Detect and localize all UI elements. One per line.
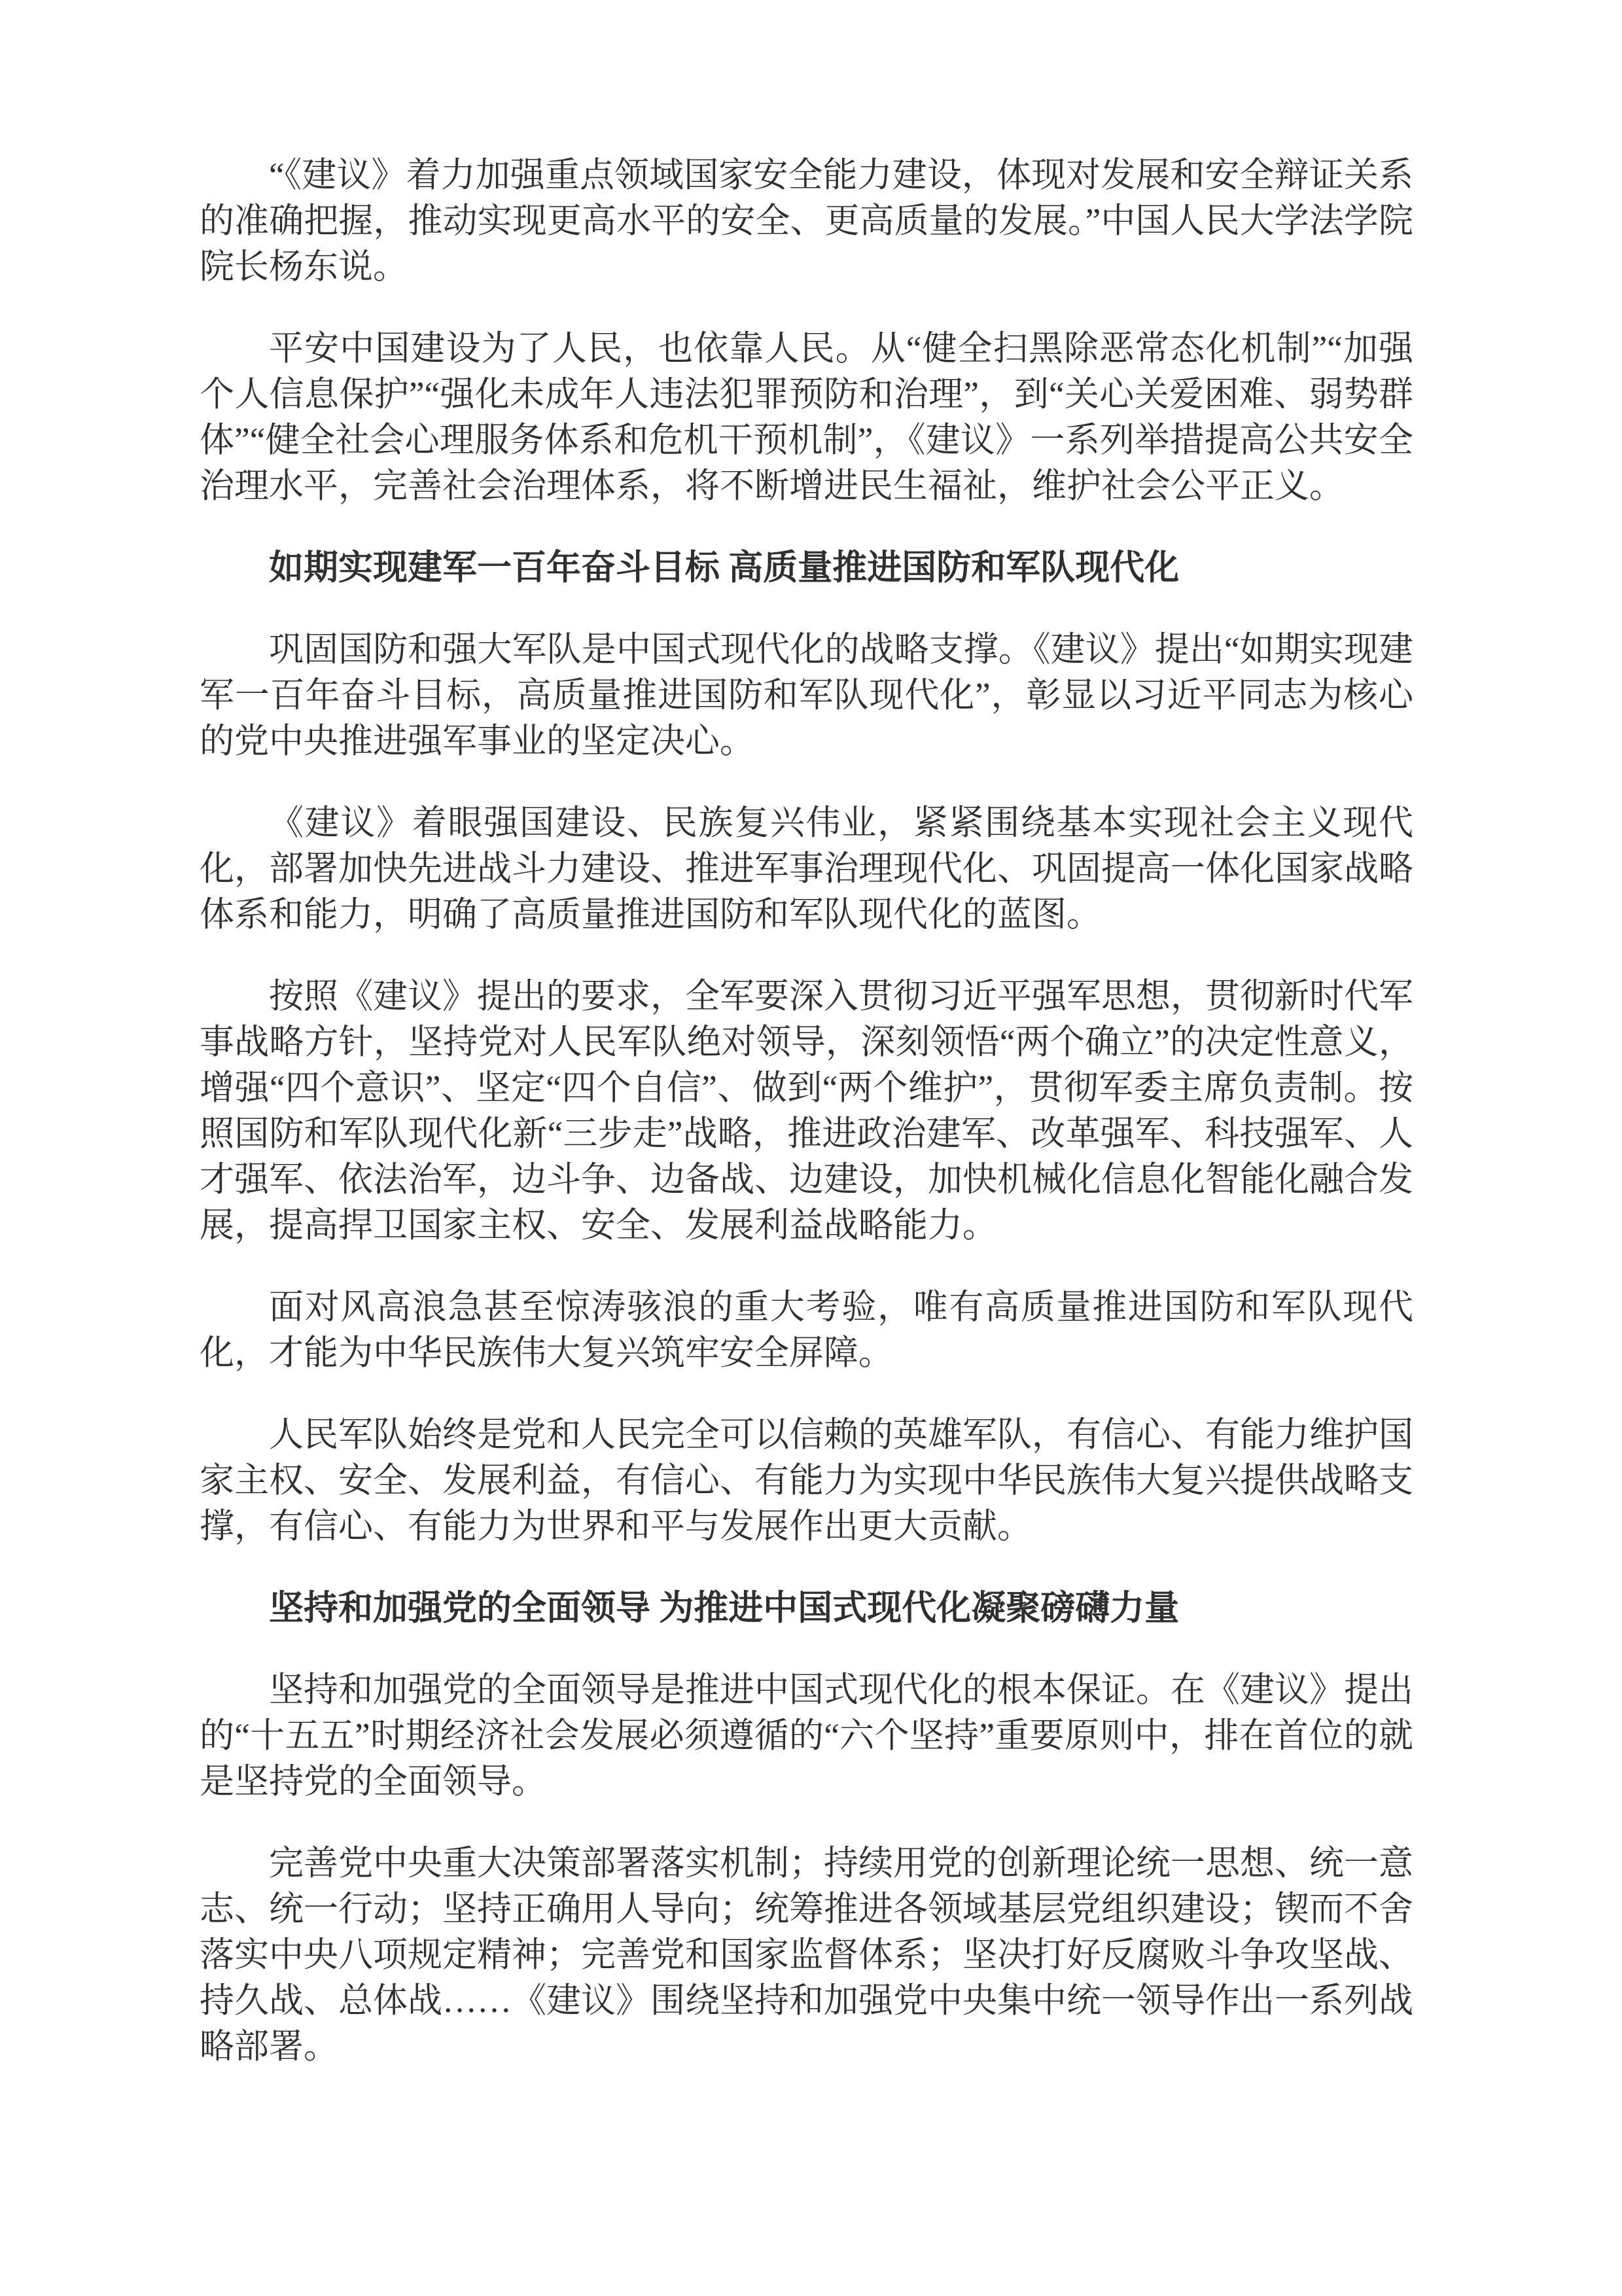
paragraph: 人民军队始终是党和人民完全可以信赖的英雄军队，有信心、有能力维护国家主权、安全、…	[200, 1412, 1413, 1549]
paragraph: 《建议》着眼强国建设、民族复兴伟业，紧紧围绕基本实现社会主义现代化，部署加快先进…	[200, 800, 1413, 938]
document-content: “《建议》着力加强重点领域国家安全能力建设，体现对发展和安全辩证关系的准确把握，…	[200, 152, 1413, 2070]
paragraph: 坚持和加强党的全面领导是推进中国式现代化的根本保证。在《建议》提出的“十五五”时…	[200, 1667, 1413, 1805]
paragraph: 完善党中央重大决策部署落实机制；持续用党的创新理论统一思想、统一意志、统一行动；…	[200, 1841, 1413, 2070]
paragraph: 面对风高浪急甚至惊涛骇浪的重大考验，唯有高质量推进国防和军队现代化，才能为中华民…	[200, 1284, 1413, 1376]
paragraph: 巩固国防和强大军队是中国式现代化的战略支撑。《建议》提出“如期实现建军一百年奋斗…	[200, 627, 1413, 764]
paragraph: 按照《建议》提出的要求，全军要深入贯彻习近平强军思想，贯彻新时代军事战略方针，坚…	[200, 974, 1413, 1248]
document-page: “《建议》着力加强重点领域国家安全能力建设，体现对发展和安全辩证关系的准确把握，…	[0, 0, 1622, 2296]
section-heading: 坚持和加强党的全面领导 为推进中国式现代化凝聚磅礴力量	[200, 1585, 1413, 1631]
paragraph: 平安中国建设为了人民，也依靠人民。从“健全扫黑除恶常态化机制”“加强个人信息保护…	[200, 326, 1413, 509]
paragraph: “《建议》着力加强重点领域国家安全能力建设，体现对发展和安全辩证关系的准确把握，…	[200, 152, 1413, 290]
section-heading: 如期实现建军一百年奋斗目标 高质量推进国防和军队现代化	[200, 545, 1413, 591]
